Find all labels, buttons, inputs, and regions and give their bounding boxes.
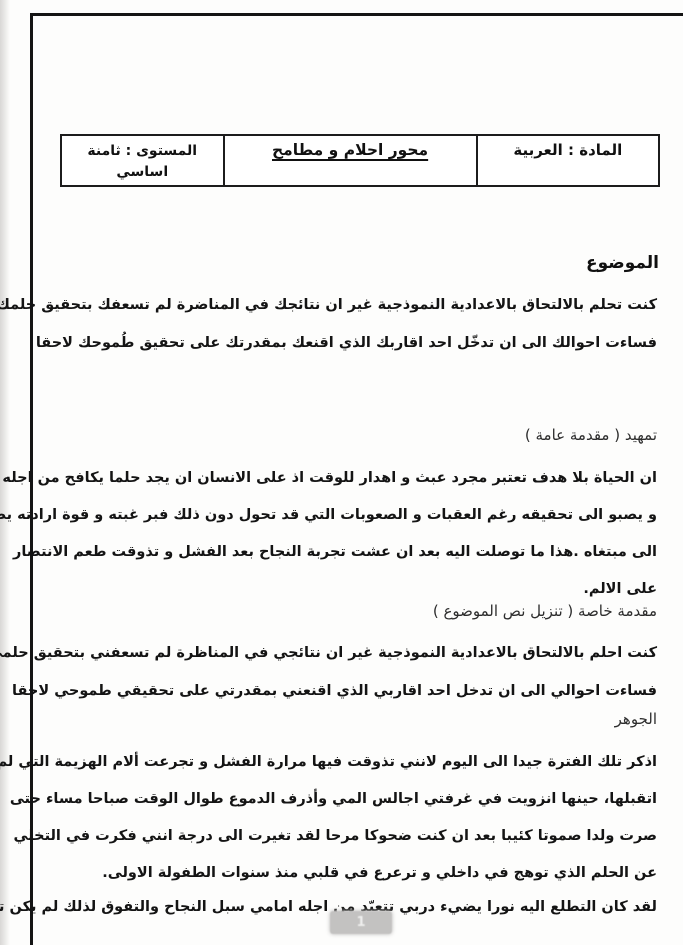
text-line: ان الحياة بلا هدف تعتبر مجرد عبث و اهدار…	[40, 460, 657, 497]
page-border-top	[30, 13, 683, 16]
subject-cell: المادة : العربية	[478, 136, 658, 185]
axis-cell: محور احلام و مطامح	[223, 136, 478, 185]
general-intro-paragraph: ان الحياة بلا هدف تعتبر مجرد عبث و اهدار…	[40, 460, 657, 608]
special-intro-paragraph: كنت احلم بالالتحاق بالاعدادية النموذجية …	[40, 634, 657, 710]
text-line: فساءت احوالي الى ان تدخل احد اقاربي الذي…	[40, 672, 657, 710]
text-line: كنت تحلم بالالتحاق بالاعدادية النموذجية …	[40, 286, 657, 324]
axis-title: محور احلام و مطامح	[272, 141, 428, 159]
text-line: الى مبتغاه .هذا ما توصلت اليه بعد ان عشت…	[40, 534, 657, 571]
level-cell: المستوى : ثامنة اساسي	[62, 136, 223, 185]
text-line: اذكر تلك الفترة جيدا الى اليوم لانني تذو…	[40, 744, 657, 781]
subject-label: المادة : العربية	[513, 141, 622, 159]
page-number-badge: 1	[330, 911, 392, 934]
page-number: 1	[356, 915, 365, 930]
text-line: عن الحلم الذي توهج في داخلي و ترعرع في ق…	[40, 855, 657, 892]
header-table: المادة : العربية محور احلام و مطامح المس…	[60, 134, 660, 187]
text-line: و يصبو الى تحقيقه رغم العقبات و الصعوبات…	[40, 497, 657, 534]
text-line: صرت ولدا صموتا كئيبا بعد ان كنت ضحوكا مر…	[40, 818, 657, 855]
section-heading-body: الجوهر	[615, 710, 657, 728]
text-line: كنت احلم بالالتحاق بالاعدادية النموذجية …	[40, 634, 657, 672]
section-heading-special-intro: مقدمة خاصة ( تنزيل نص الموضوع )	[433, 602, 657, 620]
prompt-paragraph: كنت تحلم بالالتحاق بالاعدادية النموذجية …	[40, 286, 657, 362]
text-line: فساءت احوالك الى ان تدخّل احد اقاربك الذ…	[40, 324, 657, 362]
text-line: اتقبلها، حينها انزويت في غرفتي اجالس الم…	[40, 781, 657, 818]
page-title: الموضوع	[586, 253, 659, 273]
body-paragraph: اذكر تلك الفترة جيدا الى اليوم لانني تذو…	[40, 744, 657, 892]
level-label: المستوى : ثامنة اساسي	[72, 141, 213, 183]
section-heading-general-intro: تمهيد ( مقدمة عامة )	[525, 426, 657, 444]
scanned-document-page: المادة : العربية محور احلام و مطامح المس…	[0, 0, 683, 945]
